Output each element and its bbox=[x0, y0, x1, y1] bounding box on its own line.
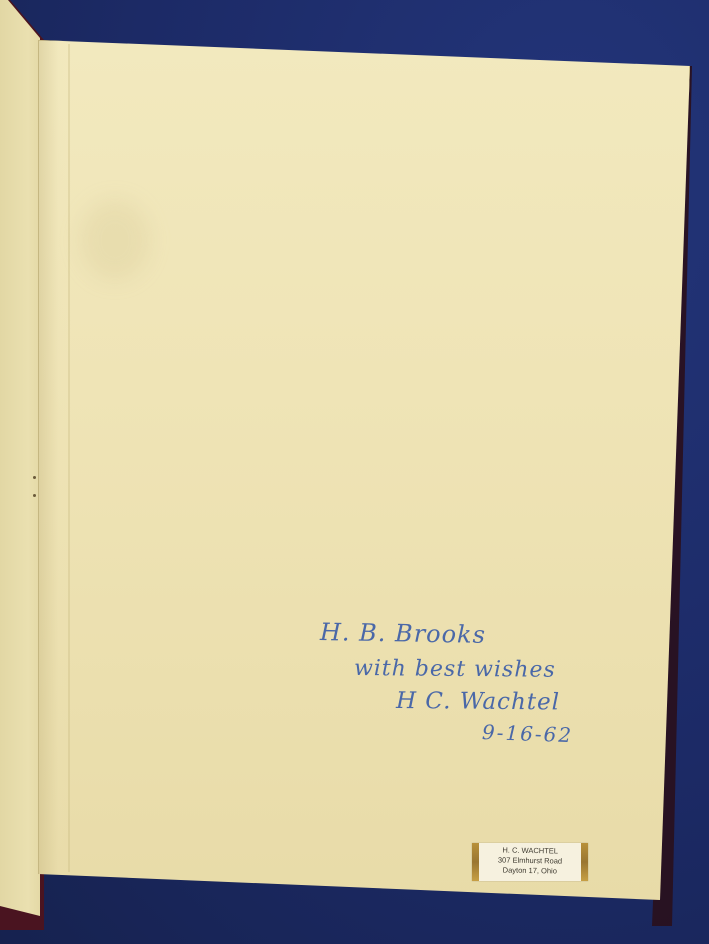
hinge-line bbox=[68, 44, 70, 872]
address-label: H. C. WACHTEL 307 Elmhurst Road Dayton 1… bbox=[472, 843, 588, 881]
inscription-message: with best wishes bbox=[354, 656, 556, 683]
handwritten-inscription: H. B. Brooks with best wishes H C. Wacht… bbox=[318, 612, 598, 752]
page-stain bbox=[80, 200, 150, 280]
inscription-date: 9-16-62 bbox=[482, 720, 574, 747]
label-gold-stripe-right bbox=[581, 843, 588, 881]
binding-dot bbox=[33, 476, 36, 479]
left-flyleaf bbox=[0, 0, 40, 916]
label-city: Dayton 17, Ohio bbox=[484, 865, 576, 877]
label-gold-stripe-left bbox=[472, 843, 479, 881]
endpaper-page bbox=[38, 40, 690, 906]
page-gutter-shadow bbox=[38, 40, 72, 874]
label-text-block: H. C. WACHTEL 307 Elmhurst Road Dayton 1… bbox=[484, 845, 577, 877]
inscription-recipient: H. B. Brooks bbox=[320, 618, 486, 649]
binding-dot bbox=[33, 494, 36, 497]
inscription-signature: H C. Wachtel bbox=[396, 688, 560, 715]
